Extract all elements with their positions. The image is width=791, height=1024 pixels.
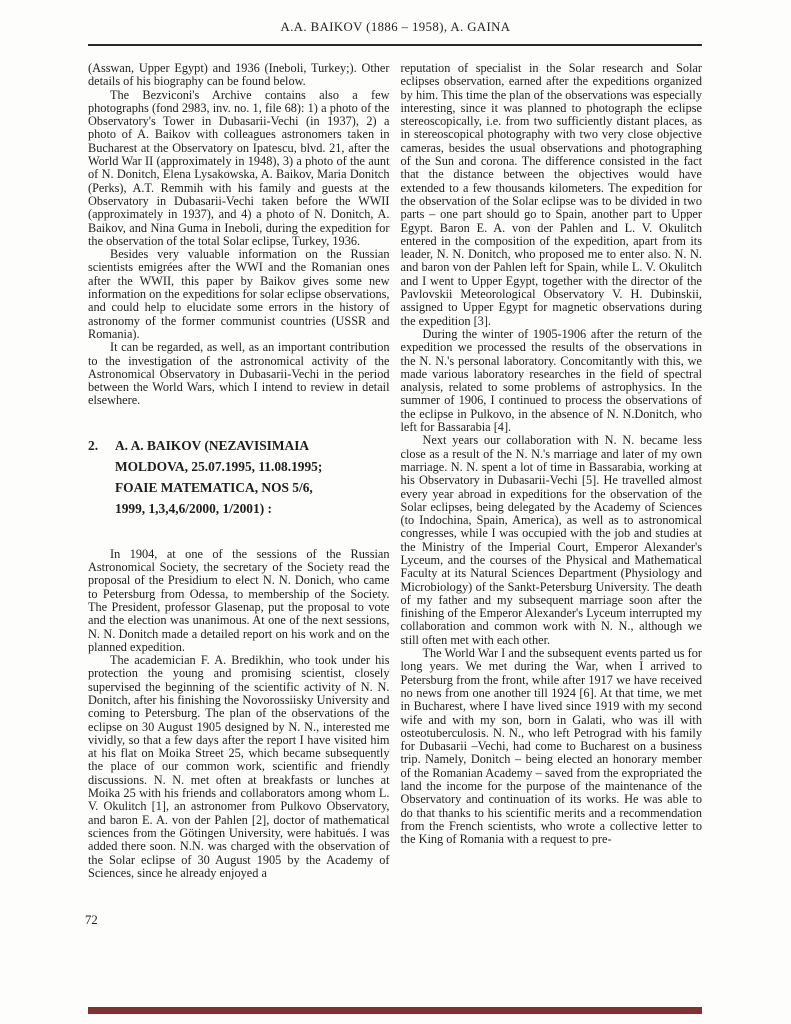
left-column: (Asswan, Upper Egypt) and 1936 (Ineboli,…: [88, 62, 390, 880]
paragraph: Next years our collaboration with N. N. …: [401, 434, 703, 647]
section-title-line: A. A. BAIKOV (NEZAVISIMAIA: [115, 435, 322, 456]
section-title-line: 1999, 1,3,4,6/2000, 1/2001) :: [115, 498, 322, 519]
paragraph: The Bezviconi's Archive contains also a …: [88, 89, 390, 249]
right-column: reputation of specialist in the Solar re…: [401, 62, 703, 880]
section-number: 2.: [88, 435, 115, 519]
section-heading: 2. A. A. BAIKOV (NEZAVISIMAIA MOLDOVA, 2…: [88, 435, 390, 519]
paragraph: (Asswan, Upper Egypt) and 1936 (Ineboli,…: [88, 62, 390, 89]
paragraph: Besides very valuable information on the…: [88, 248, 390, 341]
paragraph: It can be regarded, as well, as an impor…: [88, 341, 390, 407]
bottom-color-bar: [88, 1007, 702, 1014]
paragraph: The academician F. A. Bredikhin, who too…: [88, 654, 390, 880]
paragraph: In 1904, at one of the sessions of the R…: [88, 548, 390, 654]
section-title: A. A. BAIKOV (NEZAVISIMAIA MOLDOVA, 25.0…: [115, 435, 322, 519]
paragraph: reputation of specialist in the Solar re…: [401, 62, 703, 328]
page-number: 72: [85, 913, 98, 928]
section-title-line: MOLDOVA, 25.07.1995, 11.08.1995;: [115, 456, 322, 477]
running-head: A.A. BAIKOV (1886 – 1958), A. GAINA: [0, 20, 791, 35]
paragraph: During the winter of 1905-1906 after the…: [401, 328, 703, 434]
header-rule: [88, 44, 702, 46]
paragraph: The World War I and the subsequent event…: [401, 647, 703, 846]
section-title-line: FOAIE MATEMATICA, NOS 5/6,: [115, 477, 322, 498]
two-column-body: (Asswan, Upper Egypt) and 1936 (Ineboli,…: [88, 62, 702, 880]
